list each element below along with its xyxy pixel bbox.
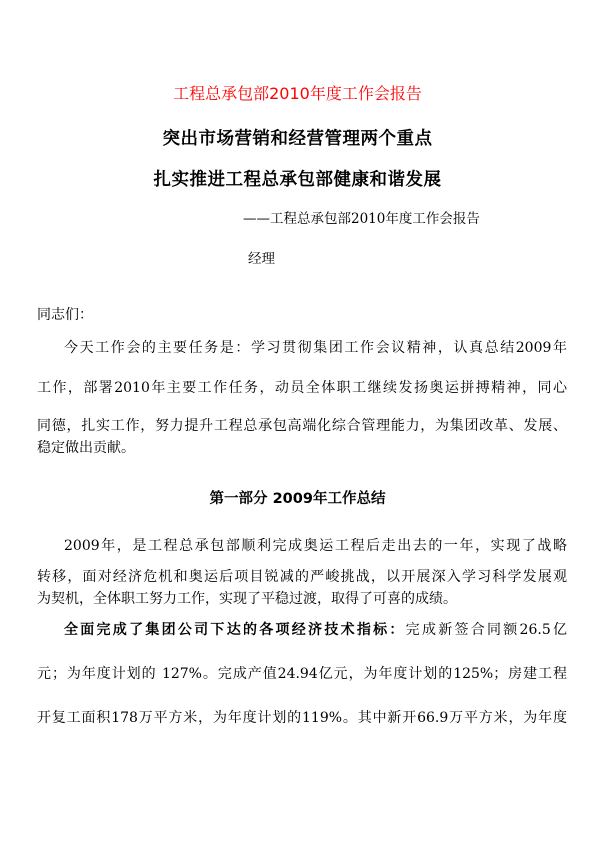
section1-p1-line-2: 转移，面对经济危机和奥运后项目锐减的严峻挑战，以开展深入学习科学发展观: [37, 570, 567, 584]
document-header-title: 工程总承包部2010年度工作会报告: [0, 86, 595, 102]
intro-line-1: 今天工作会的主要任务是：学习贯彻集团工作会议精神，认真总结2009年: [64, 341, 567, 355]
section1-p1-line-1: 2009年，是工程总承包部顺利完成奥运工程后走出去的一年，实现了战略: [64, 539, 567, 553]
intro-line-2: 工作，部署2010年主要工作任务，动员全体职工继续发扬奥运拼搏精神，同心: [37, 381, 567, 395]
section-heading: 第一部分 2009年工作总结: [0, 492, 595, 507]
section1-p1-line-3: 为契机，全体职工努力工作，实现了平稳过渡，取得了可喜的成绩。: [37, 592, 567, 606]
section1-p2-line-2: 元；为年度计划的 127%。完成产值24.94亿元，为年度计划的125%；房建工…: [37, 667, 567, 681]
author: 经理: [248, 253, 275, 267]
intro-line-3: 同德，扎实工作，努力提升工程总承包高端化综合管理能力，为集团改革、发展、: [37, 419, 567, 433]
salutation: 同志们：: [37, 308, 567, 322]
indicators-line-1-rest: 完成新签合同额26.5亿: [406, 622, 567, 638]
indicators-bold-lead: 全面完成了集团公司下达的各项经济技术指标：: [64, 622, 406, 638]
section1-p2-line-1: 全面完成了集团公司下达的各项经济技术指标：完成新签合同额26.5亿: [64, 623, 567, 637]
intro-line-4: 稳定做出贡献。: [37, 441, 567, 455]
section1-p2-line-3: 开复工面积178万平方米，为年度计划的119%。其中新开66.9万平方米，为年度: [37, 711, 567, 725]
subtitle: ——工程总承包部2010年度工作会报告: [243, 213, 480, 227]
main-title-line-1: 突出市场营销和经营管理两个重点: [0, 131, 595, 149]
main-title-line-2: 扎实推进工程总承包部健康和谐发展: [0, 172, 595, 190]
